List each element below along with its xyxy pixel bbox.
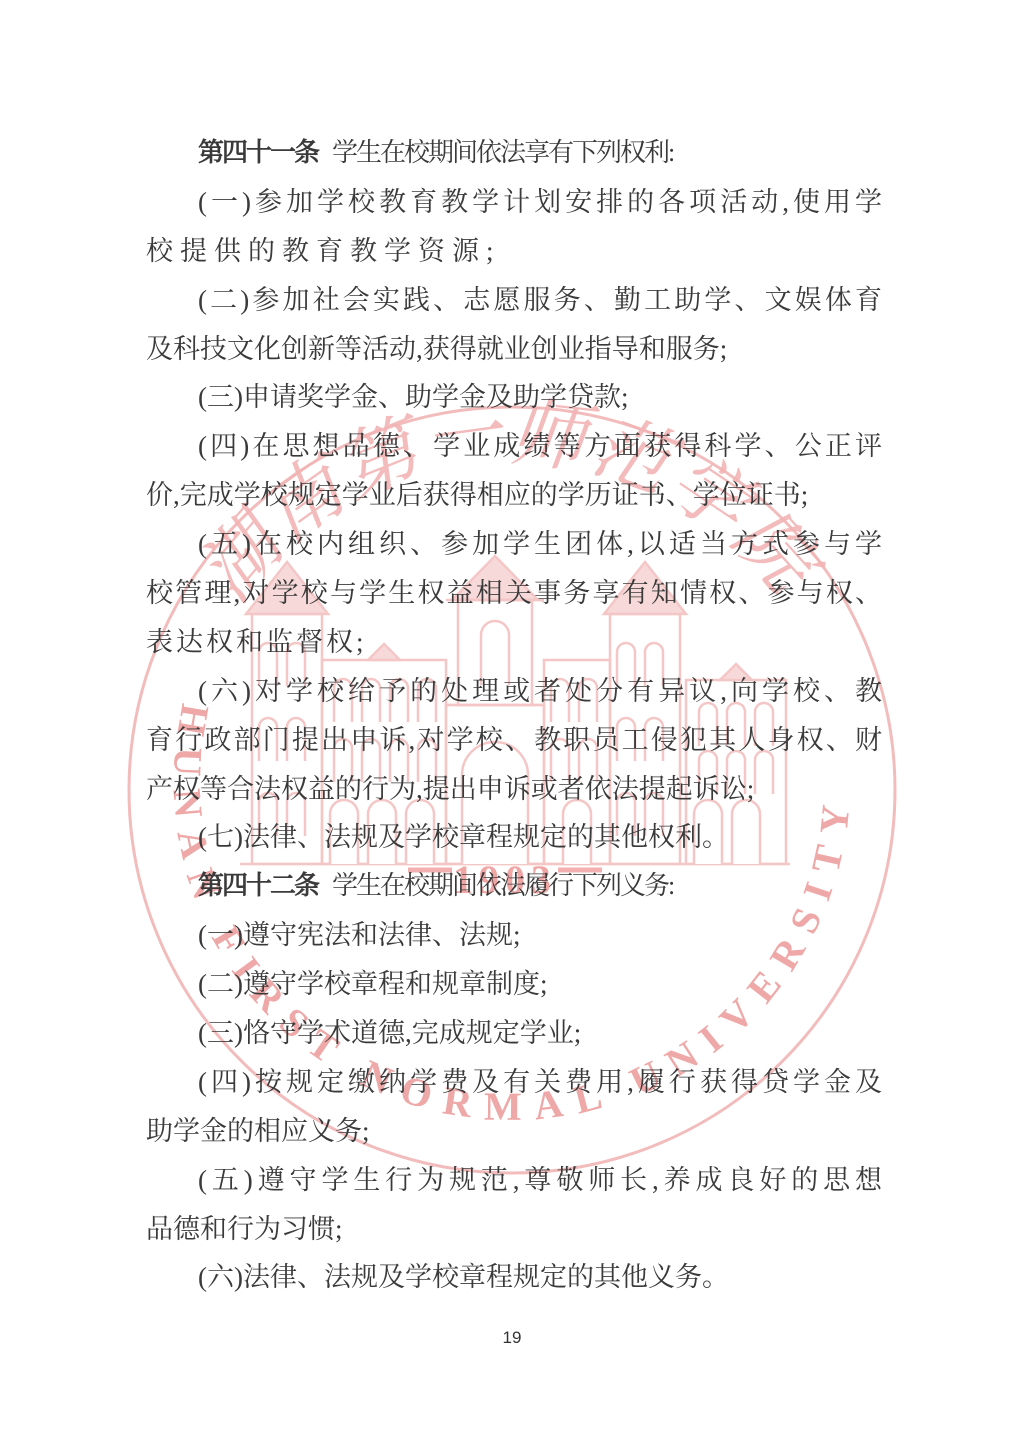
- document-page: 湖南第一师范学院 HUNAN FIRST NORMAL UNIVERSITY: [0, 0, 1024, 1447]
- text-line: 及科技文化创新等活动,获得就业创业指导和服务;: [146, 325, 882, 374]
- text-line: (二)遵守学校章程和规章制度;: [146, 960, 882, 1009]
- text-line: 助学金的相应义务;: [146, 1107, 882, 1156]
- text-line: (三)恪守学术道德,完成规定学业;: [146, 1009, 882, 1058]
- text-line: (一)遵守宪法和法律、法规;: [146, 911, 882, 960]
- text-line: (五)遵守学生行为规范,尊敬师长,养成良好的思想: [146, 1156, 882, 1205]
- text-line: 品德和行为习惯;: [146, 1205, 882, 1254]
- text-line: (五)在校内组织、参加学生团体,以适当方式参与学: [146, 520, 882, 569]
- article-number: 第四十二条: [198, 871, 318, 900]
- text-line: 表达权和监督权;: [146, 618, 882, 667]
- text-line: 产权等合法权益的行为,提出申诉或者依法提起诉讼;: [146, 765, 882, 814]
- text-line: (三)申请奖学金、助学金及助学贷款;: [146, 373, 882, 422]
- text-line: 第四十一条学生在校期间依法享有下列权利:: [146, 129, 882, 178]
- text-line: (一)参加学校教育教学计划安排的各项活动,使用学: [146, 178, 882, 227]
- page-number: 19: [0, 1328, 1024, 1348]
- text-line: (六)对学校给予的处理或者处分有异议,向学校、教: [146, 667, 882, 716]
- text-line: (二)参加社会实践、志愿服务、勤工助学、文娱体育: [146, 276, 882, 325]
- text-line: 价,完成学校规定学业后获得相应的学历证书、学位证书;: [146, 471, 882, 520]
- text-line: 育行政部门提出申诉,对学校、教职员工侵犯其人身权、财: [146, 716, 882, 765]
- text-line: (四)按规定缴纳学费及有关费用,履行获得贷学金及: [146, 1058, 882, 1107]
- text-line: 校管理,对学校与学生权益相关事务享有知情权、参与权、: [146, 569, 882, 618]
- text-line: 校提供的教育教学资源;: [146, 227, 882, 276]
- text-block: 第四十一条学生在校期间依法享有下列权利:(一)参加学校教育教学计划安排的各项活动…: [146, 129, 882, 1302]
- article-number: 第四十一条: [198, 138, 318, 167]
- text-line: (四)在思想品德、学业成绩等方面获得科学、公正评: [146, 422, 882, 471]
- text-line: (六)法律、法规及学校章程规定的其他义务。: [146, 1253, 882, 1302]
- text-line: (七)法律、法规及学校章程规定的其他权利。: [146, 813, 882, 862]
- text-line: 第四十二条学生在校期间依法履行下列义务:: [146, 862, 882, 911]
